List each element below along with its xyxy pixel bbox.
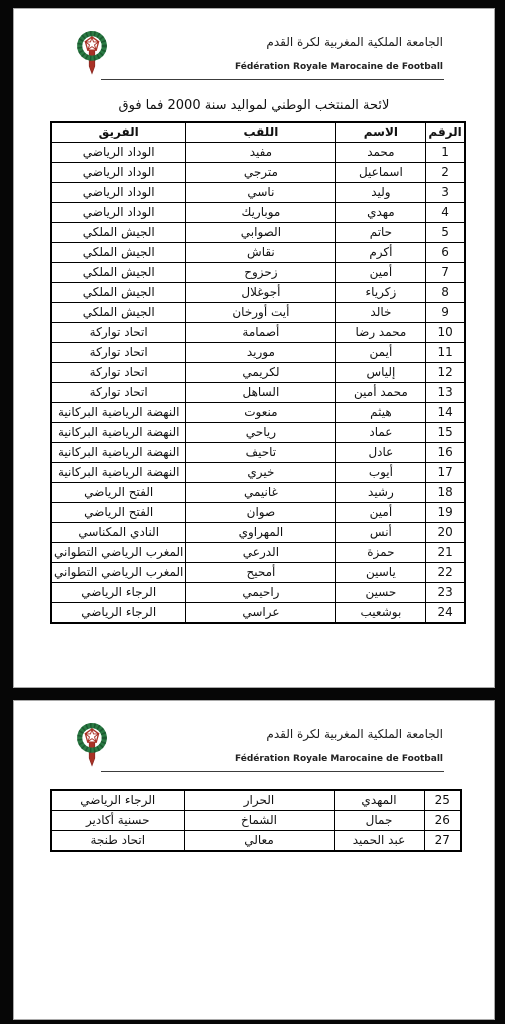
table-row: 3 وليد ناسي الوداد الرياضي xyxy=(51,183,465,203)
roster-header-row: الرقم الاسم اللقب الفريق xyxy=(51,122,465,143)
cell-number: 26 xyxy=(424,811,461,831)
letterhead-rule xyxy=(101,771,444,772)
table-row: 27 عبد الحميد معالي اتحاد طنجة xyxy=(51,831,461,852)
table-row: 20 أنس المهراوي النادي المكناسي xyxy=(51,523,465,543)
cell-team: الجيش الملكي xyxy=(51,263,186,283)
cell-name: عماد xyxy=(336,423,426,443)
cell-team: الوداد الرياضي xyxy=(51,203,186,223)
cell-number: 19 xyxy=(426,503,465,523)
cell-team: الجيش الملكي xyxy=(51,303,186,323)
table-row: 25 المهدي الحرار الرجاء الرياضي xyxy=(51,790,461,811)
cell-name: أكرم xyxy=(336,243,426,263)
cell-number: 18 xyxy=(426,483,465,503)
cell-surname: المهراوي xyxy=(186,523,336,543)
cell-name: حسين xyxy=(336,583,426,603)
cell-team: اتحاد طنجة xyxy=(51,831,184,852)
cell-surname: راحيمي xyxy=(186,583,336,603)
cell-number: 27 xyxy=(424,831,461,852)
cell-number: 3 xyxy=(426,183,465,203)
cell-name: حاتم xyxy=(336,223,426,243)
cell-number: 10 xyxy=(426,323,465,343)
cell-team: الجيش الملكي xyxy=(51,223,186,243)
cell-number: 14 xyxy=(426,403,465,423)
cell-name: محمد رضا xyxy=(336,323,426,343)
cell-team: الوداد الرياضي xyxy=(51,183,186,203)
cell-surname: لكريمي xyxy=(186,363,336,383)
cell-surname: رياحي xyxy=(186,423,336,443)
cell-number: 25 xyxy=(424,790,461,811)
cell-surname: الشماخ xyxy=(184,811,334,831)
cell-surname: ناسي xyxy=(186,183,336,203)
org-name-arabic: الجامعة الملكية المغربية لكرة القدم xyxy=(266,727,443,741)
table-row: 24 بوشعيب عراسي الرجاء الرياضي xyxy=(51,603,465,624)
cell-team: النهضة الرياضية البركانية xyxy=(51,463,186,483)
document-title: لائحة المنتخب الوطني لمواليد سنة 2000 فم… xyxy=(14,98,494,113)
cell-surname: موباريك xyxy=(186,203,336,223)
cell-surname: الحرار xyxy=(184,790,334,811)
cell-surname: منعوت xyxy=(186,403,336,423)
cell-team: النادي المكناسي xyxy=(51,523,186,543)
frmf-crest-icon xyxy=(75,30,109,76)
table-row: 14 هيثم منعوت النهضة الرياضية البركانية xyxy=(51,403,465,423)
cell-surname: زحزوح xyxy=(186,263,336,283)
table-row: 17 أيوب خيري النهضة الرياضية البركانية xyxy=(51,463,465,483)
cell-surname: أيت أورخان xyxy=(186,303,336,323)
cell-surname: أجوغلال xyxy=(186,283,336,303)
cell-team: الجيش الملكي xyxy=(51,283,186,303)
document-viewer: الجامعة الملكية المغربية لكرة القدم Fédé… xyxy=(0,0,505,1024)
cell-number: 1 xyxy=(426,143,465,163)
cell-number: 7 xyxy=(426,263,465,283)
table-row: 2 اسماعيل مترجي الوداد الرياضي xyxy=(51,163,465,183)
cell-surname: الدرعي xyxy=(186,543,336,563)
table-row: 18 رشيد غانيمي الفتح الرياضي xyxy=(51,483,465,503)
cell-team: النهضة الرياضية البركانية xyxy=(51,423,186,443)
cell-number: 12 xyxy=(426,363,465,383)
table-row: 26 جمال الشماخ حسنية أكادير xyxy=(51,811,461,831)
cell-team: الجيش الملكي xyxy=(51,243,186,263)
cell-team: الفتح الرياضي xyxy=(51,483,186,503)
table-row: 12 إلياس لكريمي اتحاد تواركة xyxy=(51,363,465,383)
cell-number: 4 xyxy=(426,203,465,223)
cell-surname: الساهل xyxy=(186,383,336,403)
cell-surname: نقاش xyxy=(186,243,336,263)
cell-number: 13 xyxy=(426,383,465,403)
table-row: 22 ياسين أمحيح المغرب الرياضي التطواني xyxy=(51,563,465,583)
cell-name: بوشعيب xyxy=(336,603,426,624)
table-row: 16 عادل تاحيف النهضة الرياضية البركانية xyxy=(51,443,465,463)
document-page-2: الجامعة الملكية المغربية لكرة القدم Fédé… xyxy=(13,700,495,1020)
cell-team: الرجاء الرياضي xyxy=(51,583,186,603)
cell-name: زكرياء xyxy=(336,283,426,303)
cell-surname: الصوابي xyxy=(186,223,336,243)
cell-surname: أصمامة xyxy=(186,323,336,343)
cell-team: المغرب الرياضي التطواني xyxy=(51,543,186,563)
cell-team: اتحاد تواركة xyxy=(51,323,186,343)
cell-team: الرجاء الرياضي xyxy=(51,790,184,811)
header-number: الرقم xyxy=(426,122,465,143)
letterhead-rule xyxy=(101,79,444,80)
table-row: 9 خالد أيت أورخان الجيش الملكي xyxy=(51,303,465,323)
cell-number: 9 xyxy=(426,303,465,323)
cell-surname: معالي xyxy=(184,831,334,852)
table-row: 19 أمين صوان الفتح الرياضي xyxy=(51,503,465,523)
cell-name: اسماعيل xyxy=(336,163,426,183)
table-row: 6 أكرم نقاش الجيش الملكي xyxy=(51,243,465,263)
header-name: الاسم xyxy=(336,122,426,143)
cell-name: مهدي xyxy=(336,203,426,223)
cell-surname: غانيمي xyxy=(186,483,336,503)
cell-name: أيمن xyxy=(336,343,426,363)
cell-name: خالد xyxy=(336,303,426,323)
cell-surname: مفيد xyxy=(186,143,336,163)
cell-number: 23 xyxy=(426,583,465,603)
cell-surname: تاحيف xyxy=(186,443,336,463)
cell-number: 22 xyxy=(426,563,465,583)
cell-surname: مترجي xyxy=(186,163,336,183)
cell-number: 11 xyxy=(426,343,465,363)
cell-number: 24 xyxy=(426,603,465,624)
cell-surname: عراسي xyxy=(186,603,336,624)
frmf-crest-icon xyxy=(75,722,109,768)
cell-name: وليد xyxy=(336,183,426,203)
cell-name: محمد xyxy=(336,143,426,163)
cell-team: النهضة الرياضية البركانية xyxy=(51,403,186,423)
cell-team: النهضة الرياضية البركانية xyxy=(51,443,186,463)
cell-team: الوداد الرياضي xyxy=(51,143,186,163)
table-row: 4 مهدي موباريك الوداد الرياضي xyxy=(51,203,465,223)
table-row: 5 حاتم الصوابي الجيش الملكي xyxy=(51,223,465,243)
cell-name: المهدي xyxy=(334,790,424,811)
cell-name: عبد الحميد xyxy=(334,831,424,852)
table-row: 7 أمين زحزوح الجيش الملكي xyxy=(51,263,465,283)
cell-number: 15 xyxy=(426,423,465,443)
cell-number: 6 xyxy=(426,243,465,263)
cell-name: ياسين xyxy=(336,563,426,583)
cell-name: أمين xyxy=(336,503,426,523)
cell-team: الرجاء الرياضي xyxy=(51,603,186,624)
table-row: 23 حسين راحيمي الرجاء الرياضي xyxy=(51,583,465,603)
cell-name: رشيد xyxy=(336,483,426,503)
org-name-french: Fédération Royale Marocaine de Football xyxy=(235,62,443,72)
cell-name: جمال xyxy=(334,811,424,831)
cell-number: 8 xyxy=(426,283,465,303)
cell-team: اتحاد تواركة xyxy=(51,363,186,383)
cell-team: اتحاد تواركة xyxy=(51,343,186,363)
roster-table-page-2: 25 المهدي الحرار الرجاء الرياضي 26 جمال … xyxy=(50,789,462,852)
cell-name: أمين xyxy=(336,263,426,283)
cell-team: الفتح الرياضي xyxy=(51,503,186,523)
org-name-arabic: الجامعة الملكية المغربية لكرة القدم xyxy=(266,35,443,49)
roster-table-page-1: الرقم الاسم اللقب الفريق 1 محمد مفيد الو… xyxy=(50,121,466,624)
cell-name: محمد أمين xyxy=(336,383,426,403)
cell-surname: صوان xyxy=(186,503,336,523)
cell-number: 20 xyxy=(426,523,465,543)
table-row: 11 أيمن موريد اتحاد تواركة xyxy=(51,343,465,363)
document-page-1: الجامعة الملكية المغربية لكرة القدم Fédé… xyxy=(13,8,495,688)
table-row: 10 محمد رضا أصمامة اتحاد تواركة xyxy=(51,323,465,343)
org-name-french: Fédération Royale Marocaine de Football xyxy=(235,754,443,764)
cell-name: أيوب xyxy=(336,463,426,483)
cell-number: 5 xyxy=(426,223,465,243)
cell-name: إلياس xyxy=(336,363,426,383)
cell-name: عادل xyxy=(336,443,426,463)
table-row: 8 زكرياء أجوغلال الجيش الملكي xyxy=(51,283,465,303)
cell-surname: موريد xyxy=(186,343,336,363)
cell-surname: أمحيح xyxy=(186,563,336,583)
cell-name: هيثم xyxy=(336,403,426,423)
cell-surname: خيري xyxy=(186,463,336,483)
cell-team: حسنية أكادير xyxy=(51,811,184,831)
table-row: 21 حمزة الدرعي المغرب الرياضي التطواني xyxy=(51,543,465,563)
table-row: 13 محمد أمين الساهل اتحاد تواركة xyxy=(51,383,465,403)
cell-team: المغرب الرياضي التطواني xyxy=(51,563,186,583)
cell-name: أنس xyxy=(336,523,426,543)
cell-number: 2 xyxy=(426,163,465,183)
header-team: الفريق xyxy=(51,122,186,143)
cell-name: حمزة xyxy=(336,543,426,563)
cell-number: 17 xyxy=(426,463,465,483)
header-surname: اللقب xyxy=(186,122,336,143)
cell-number: 21 xyxy=(426,543,465,563)
table-row: 1 محمد مفيد الوداد الرياضي xyxy=(51,143,465,163)
table-row: 15 عماد رياحي النهضة الرياضية البركانية xyxy=(51,423,465,443)
cell-team: اتحاد تواركة xyxy=(51,383,186,403)
cell-number: 16 xyxy=(426,443,465,463)
cell-team: الوداد الرياضي xyxy=(51,163,186,183)
